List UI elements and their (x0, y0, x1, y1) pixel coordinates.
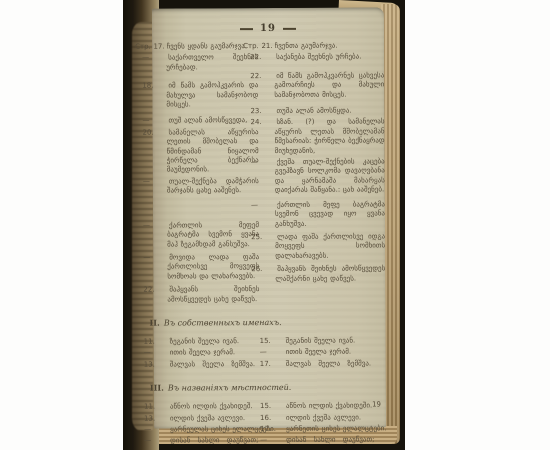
entry-number: 17. (272, 425, 284, 434)
errata-entry: 23.თუშა ალან ამოსწყდა. (262, 106, 384, 116)
entry-number: — (156, 349, 168, 358)
errata-entry: 22.იმ წამს გამოჰკვარნეს ცახვესა გამოარჩი… (262, 71, 384, 100)
entry-number: — (154, 117, 166, 126)
entry-text: შაჰყვანს შეიხნეს ამოსწყვედეს ლაშქარნი ცა… (275, 265, 385, 283)
book-page: 19 Стр. 17.ჩვენს ყდანს გაუმარჯვა. —საქარ… (152, 7, 386, 428)
entry-number: Стр. 17. (147, 43, 165, 52)
entry-text: სზან. (?) და სამანელას აწყურის ლეთას მშო… (275, 118, 385, 155)
errata-section-1: Стр. 17.ჩვენს ყდანს გაუმარჯვა. —საქართვე… (152, 41, 385, 306)
entry-text: აწნოს ილდის ქვახიდეში. (286, 402, 372, 410)
errata-entry: 13.ილდის ქვეშა ავლევი. (156, 414, 260, 424)
section-2-title: Въ собственныхъ именахъ. (164, 318, 282, 328)
entry-text: ქართლის მეფემ ბაგრატმა სვემონ ყვანა მაჰ … (167, 221, 259, 248)
entry-text: ითის შეელა ჯერამ. (170, 349, 235, 357)
entry-number: 15. (272, 337, 284, 346)
errata-entry: —თუშ ალან ამოსწყვედა, (154, 116, 258, 126)
errata-entry: 11.ზეგანის შეელა ივან. (156, 337, 260, 347)
entry-number: — (154, 54, 166, 63)
errata-entry: —მოვიდა ლადა ფაშა ქართლისვე მოყვეფს სომხ… (155, 253, 259, 282)
errata-entry: Стр. 21.ჩვენთა გაუმარჯვა. (262, 41, 384, 51)
entry-text: თუშა ალან ამოსწყდა. (276, 107, 351, 115)
entry-number: 24. (262, 118, 274, 127)
entry-text: მოვიდა ლადა ფაშა ქართლისვე მოყვეფს სომხო… (167, 253, 259, 280)
entry-text: ყარნეთის ციხეს ელალცტები. (286, 424, 386, 433)
entry-number: 22. (155, 286, 167, 295)
background: { "photo": { "page_number": "19", "signa… (0, 0, 550, 450)
section-heading-3: III.Въ названіяхъ мѣстностей. (150, 382, 386, 394)
entry-text: ზეგანის შეელა ივან. (170, 337, 240, 345)
entry-text: შალვას შეელა ზემშვა. (286, 359, 371, 367)
entry-number: 11. (156, 337, 168, 346)
folio-rule-left (240, 28, 253, 30)
errata-entry: —თუალ-შექნება დამჭარის შარჯანს ცახე ააშე… (155, 177, 259, 196)
errata-entry: 17.ყარნეთის ციხეს ელალცტები. (272, 424, 386, 434)
entry-text: ჩვენთა გაუმარჯვა. (275, 42, 338, 50)
entry-text: სამანელას აწყურისა ლეთის მშობელას და წმი… (167, 128, 259, 174)
entry-number: — (155, 177, 167, 186)
errata-entry: 15.შეგანის შეელა ივან. (272, 336, 386, 346)
entry-number: 20. (155, 128, 167, 137)
errata-entry: 15.აწნოს ილდის ქვახიდეში. (272, 402, 386, 412)
entry-number: 25. (263, 233, 275, 242)
section-heading-2: II.Въ собственныхъ именахъ. (150, 316, 386, 328)
errata-entry: 17.შალვას შეელა ზემშვა. (272, 359, 386, 369)
column-left: Стр. 17.ჩვენს ყდანს გაუმარჯვა. —საქართვე… (154, 42, 259, 306)
entry-text: ლადა ფაშა ქართლისვე იდგა მოყვეფს სომხითს… (275, 232, 385, 259)
errata-entry: —დისან სახლი დაუწვათ; (156, 436, 260, 446)
entry-number: 15. (272, 402, 284, 411)
errata-entry: 20.სამანელას აწყურისა ლეთის მშობელას და … (155, 128, 259, 176)
column-right: 15.შეგანის შეელა ივან. —ითის შეელა ჯერამ… (272, 336, 386, 371)
entry-number: — (263, 158, 275, 167)
errata-entry: 24.სზან. (?) და სამანელას აწყურის ლეთას … (262, 118, 384, 156)
entry-number: — (156, 425, 168, 434)
errata-entry: —საქართველო შეეხნის ურჩებად. (154, 53, 258, 72)
errata-entry: —ქართლის მეფემ ბაგრატმა სვემონ ყვანა მაჰ… (155, 221, 259, 250)
errata-entry: 22.შაჰყვანს შეიხნეს ამოსწყვედეს ცახე დაწ… (155, 285, 259, 304)
errata-entry: 25.ლადა ფაშა ქართლისვე იდგა მოყვეფს სომხ… (263, 232, 385, 261)
errata-entry: —დისან სახლი დაუწვათ; (272, 436, 386, 446)
entry-text: თუშ ალან ამოსწყვედა, (168, 117, 247, 125)
entry-text: ჩვენს ყდანს გაუმარჯვა. (167, 42, 247, 50)
entry-number: — (155, 221, 167, 230)
entry-number: 18. (154, 82, 166, 91)
entry-number: — (156, 437, 168, 446)
entry-number: 13. (156, 360, 168, 369)
entry-text: შალვას შეელა ზემშვა. (170, 360, 255, 368)
entry-text: ილდის ქვეშა ავლევი. (286, 413, 361, 421)
entry-text: აწნოს ილდის ქვახიდეშ. (170, 402, 253, 410)
errata-entry: 18.იმ წამს გამოჰკვარის და მახულვა სამანჯ… (154, 81, 258, 110)
column-right: 15.აწნოს ილდის ქვახიდეში. 16.ილდის ქვეშა… (272, 402, 386, 448)
errata-entry: —ითის შეელა ჯერამ. (272, 348, 386, 358)
entry-number: 22. (262, 53, 274, 62)
book-photo: 19 Стр. 17.ჩვენს ყდანს გაუმარჯვა. —საქარ… (123, 0, 405, 450)
errata-entry: —ქვეშა თუალ-შექნების კაცება გვეჰზავნ სოლ… (263, 157, 385, 195)
entry-text: თუალ-შექნება დამჭარის შარჯანს ცახე ააშენ… (167, 177, 259, 195)
errata-entry: —ქართლის მეფე ბაგრატმა სვემონ ცვევად იყო… (263, 200, 385, 229)
section-2-label: II. (150, 318, 160, 328)
errata-entry: —ყარნეულას ციხეს ელალცტები. (156, 425, 260, 435)
entry-number: Стр. 21. (255, 42, 273, 51)
entry-number: 22. (262, 72, 274, 81)
section-3-title: Въ названіяхъ мѣстностей. (168, 383, 291, 393)
errata-entry: 11.აწნოს ილდის ქვახიდეშ. (156, 402, 260, 412)
entry-text: იმ წამს გამოჰკვარნეს ცახვესა გამოარჩიეს … (274, 71, 384, 98)
errata-entry: 26.შაჰყვანს შეიხნეს ამოსწყვედეს ლაშქარნი… (263, 265, 385, 284)
column-left: 11.აწნოს ილდის ქვახიდეშ. 13.ილდის ქვეშა … (156, 402, 260, 448)
entry-number: — (272, 436, 284, 445)
errata-section-2: 11.ზეგანის შეელა ივან. —ითის შეელა ჯერამ… (154, 336, 386, 371)
folio-number: 19 (152, 22, 384, 34)
signature-mark: 19 (372, 400, 381, 408)
entry-number: 23. (262, 107, 274, 116)
entry-text: ქვეშა თუალ-შექნების კაცება გვეჰზავნ სოლკ… (275, 157, 385, 194)
entry-text: შაჰყვანს შეიხნეს ამოსწყვედეს ცახე დაწვეს… (167, 285, 259, 303)
entry-text: დისან სახლი დაუწვათ; (170, 436, 258, 444)
entry-text: ითის შეელა ჯერამ. (286, 348, 351, 356)
entry-number: 17. (272, 360, 284, 369)
entry-number: 26. (263, 265, 275, 274)
folio-rule-right (283, 27, 296, 29)
column-right: Стр. 21.ჩვენთა გაუმარჯვა. 22.საქანება შე… (262, 41, 385, 306)
column-left: 11.ზეგანის შეელა ივან. —ითის შეელა ჯერამ… (156, 337, 260, 372)
entry-text: ილდის ქვეშა ავლევი. (170, 414, 245, 422)
entry-number: 16. (272, 413, 284, 422)
page-number: 19 (260, 23, 276, 34)
entry-number: — (263, 201, 275, 210)
entry-text: შეგანის შეელა ივან. (286, 336, 356, 344)
entry-text: იმ წამს გამოჰკვარის და მახულვა სამანჯობო… (166, 81, 258, 108)
section-3-label: III. (150, 383, 164, 393)
entry-text: დისან სახლი დაუწვათ; (286, 436, 374, 444)
errata-entry: 22.საქანება შეეხნეს ურჩება. (262, 53, 384, 63)
entry-text: ქართლის მეფე ბაგრატმა სვემონ ცვევად იყო … (275, 200, 385, 227)
entry-text: საქართველო შეეხნის ურჩებად. (166, 53, 258, 71)
errata-entry: 13.შალვას შეელა ზემშვა. (156, 360, 260, 370)
entry-number: — (272, 348, 284, 357)
entry-number: — (155, 253, 167, 262)
errata-entry: —ითის შეელა ჯერამ. (156, 348, 260, 358)
entry-number: 13. (156, 414, 168, 423)
errata-entry: 16.ილდის ქვეშა ავლევი. (272, 413, 386, 423)
entry-text: საქანება შეეხნეს ურჩება. (276, 53, 361, 61)
errata-section-3: 11.აწნოს ილდის ქვახიდეშ. 13.ილდის ქვეშა … (154, 402, 386, 449)
entry-number: 11. (156, 403, 168, 412)
